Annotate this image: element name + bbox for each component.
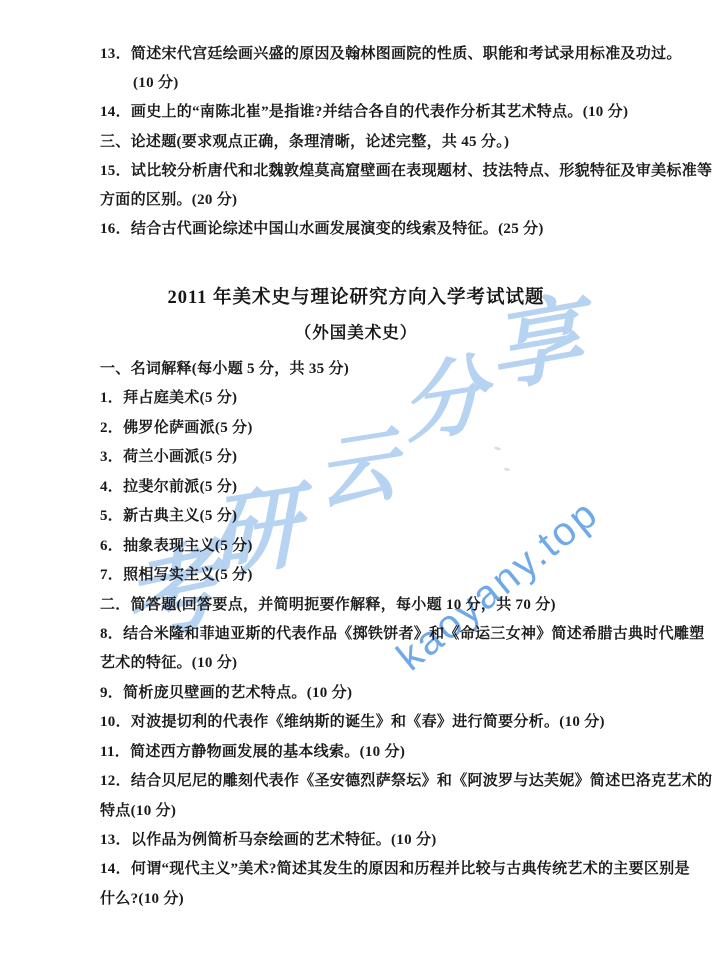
question-line: 4．拉斐尔前派(5 分) [100, 473, 712, 502]
question-line: 10．对波提切利的代表作《维纳斯的诞生》和《春》进行简要分析。(10 分) [100, 708, 712, 737]
question-line: 1．拜占庭美术(5 分) [100, 384, 712, 413]
question-line: 13．简述宋代宫廷绘画兴盛的原因及翰林图画院的性质、职能和考试录用标准及功过。 [100, 40, 712, 69]
question-line: 14．画史上的“南陈北崔”是指谁?并结合各自的代表作分析其艺术特点。(10 分) [100, 98, 712, 127]
question-line: 5．新古典主义(5 分) [100, 502, 712, 531]
section-heading-line: 三、论述题(要求观点正确，条理清晰，论述完整，共 45 分。) [100, 128, 712, 157]
question-continuation-line: 什么?(10 分) [100, 885, 712, 914]
exam-text-layer: 13．简述宋代宫廷绘画兴盛的原因及翰林图画院的性质、职能和考试录用标准及功过。 … [0, 0, 712, 955]
exam-subtitle: （外国美术史） [0, 321, 712, 345]
question-line: 7．照相写实主义(5 分) [100, 561, 712, 590]
question-line: 11．简述西方静物画发展的基本线索。(10 分) [100, 738, 712, 767]
scanned-exam-page: 考 研 云 分 享 kaoyany.top 13．简述宋代宫廷绘画兴盛的原因及翰… [0, 0, 712, 955]
exam-title: 2011 年美术史与理论研究方向入学考试试题 [0, 286, 712, 310]
question-line: 15．试比较分析唐代和北魏敦煌莫高窟壁画在表现题材、技法特点、形貌特征及审美标准… [100, 157, 712, 186]
question-line: 2．佛罗伦萨画派(5 分) [100, 414, 712, 443]
part1-question-block: 13．简述宋代宫廷绘画兴盛的原因及翰林图画院的性质、职能和考试录用标准及功过。 … [100, 40, 712, 244]
section-heading-line: 二．简答题(回答要点，并简明扼要作解释，每小题 10 分，共 70 分) [100, 591, 712, 620]
question-line: 6．抽象表现主义(5 分) [100, 532, 712, 561]
question-continuation-line: 方面的区别。(20 分) [100, 186, 712, 215]
question-line: 8．结合米隆和菲迪亚斯的代表作品《掷铁饼者》和《命运三女神》简述希腊古典时代雕塑 [100, 620, 712, 649]
question-line: 12．结合贝尼尼的雕刻代表作《圣安德烈萨祭坛》和《阿波罗与达芙妮》简述巴洛克艺术… [100, 767, 712, 796]
question-line: 9．简析庞贝壁画的艺术特点。(10 分) [100, 679, 712, 708]
question-score-line: (10 分) [100, 69, 712, 98]
question-continuation-line: 特点(10 分) [100, 797, 712, 826]
part2-question-block: 一、名词解释(每小题 5 分，共 35 分) 1．拜占庭美术(5 分) 2．佛罗… [100, 355, 712, 914]
section-heading-line: 一、名词解释(每小题 5 分，共 35 分) [100, 355, 712, 384]
question-line: 3．荷兰小画派(5 分) [100, 443, 712, 472]
question-line: 14．何谓“现代主义”美术?简述其发生的原因和历程并比较与古典传统艺术的主要区别… [100, 855, 712, 884]
question-line: 13．以作品为例简析马奈绘画的艺术特征。(10 分) [100, 826, 712, 855]
question-line: 16．结合古代画论综述中国山水画发展演变的线索及特征。(25 分) [100, 215, 712, 244]
question-continuation-line: 艺术的特征。(10 分) [100, 649, 712, 678]
